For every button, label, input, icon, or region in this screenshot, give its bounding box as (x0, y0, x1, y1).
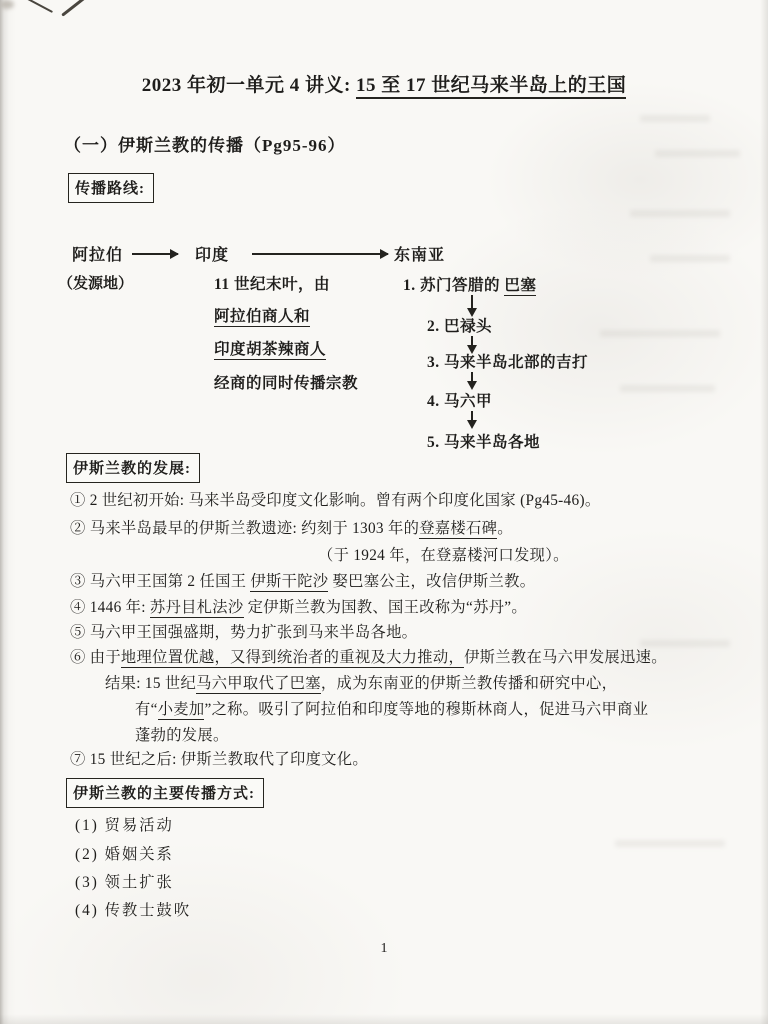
sea-step-3: 3. 马来半岛北部的吉打 (427, 350, 588, 372)
sea-step-1: 1. 苏门答腊的 巴塞 (403, 273, 536, 295)
sea-step-4: 4. 马六甲 (427, 389, 492, 411)
flow-origin-note: （发源地） (58, 272, 133, 293)
pen-mark (25, 0, 53, 13)
development-line-5: ⑤ 马六甲王国强盛期，势力扩张到马来半岛各地。 (70, 620, 417, 642)
development-line-6d: 蓬勃的发展。 (135, 723, 229, 745)
scanned-handout-page: 2023 年初一单元 4 讲义: 15 至 17 世纪马来半岛上的王国 （一）伊… (0, 0, 768, 1024)
bleedthrough-artifact (655, 150, 740, 157)
development-line-1: ① 2 世纪初开始: 马来半岛受印度文化影响。曾有两个印度化国家 (Pg45-4… (70, 488, 600, 510)
page-number: 1 (0, 941, 768, 957)
bleedthrough-artifact (620, 385, 715, 392)
flow-node-arabia: 阿拉伯 (72, 242, 123, 265)
route-box-label: 传播路线: (68, 173, 154, 203)
india-note-line: 印度胡茶辣商人 (214, 337, 326, 359)
page-title: 2023 年初一单元 4 讲义: 15 至 17 世纪马来半岛上的王国 (0, 70, 768, 97)
methods-item-3: (3) 领土扩张 (75, 870, 174, 892)
development-line-6: ⑥ 由于地理位置优越，又得到统治者的重视及大力推动，伊斯兰教在马六甲发展迅速。 (70, 645, 667, 667)
india-note-line: 阿拉伯商人和 (214, 304, 310, 326)
arrow-down-icon (471, 336, 473, 346)
development-line-2: ② 马来半岛最早的伊斯兰教遗迹: 约刻于 1303 年的登嘉楼石碑。 (70, 516, 513, 538)
section-heading: （一）伊斯兰教的传播（Pg95-96） (64, 131, 346, 156)
development-line-6b: 结果: 15 世纪马六甲取代了巴塞，成为东南亚的伊斯兰教传播和研究中心， (105, 671, 617, 693)
development-line-4: ④ 1446 年: 苏丹目札法沙 定伊斯兰教为国教、国王改称为“苏丹”。 (70, 595, 527, 617)
india-note-line: 11 世纪末叶，由 (214, 272, 330, 294)
arrow-down-icon (471, 372, 473, 382)
development-line-7: ⑦ 15 世纪之后: 伊斯兰教取代了印度文化。 (70, 747, 368, 769)
bleedthrough-artifact (615, 840, 725, 847)
bleedthrough-artifact (640, 115, 710, 122)
development-line-3: ③ 马六甲王国第 2 任国王 伊斯干陀沙 娶巴塞公主，改信伊斯兰教。 (70, 569, 535, 591)
methods-item-1: (1) 贸易活动 (75, 813, 174, 835)
development-line-6c: 有“小麦加”之称。吸引了阿拉伯和印度等地的穆斯林商人，促进马六甲商业 (135, 697, 648, 719)
bleedthrough-artifact (600, 330, 720, 337)
page-title-prefix: 2023 年初一单元 4 讲义: (142, 75, 356, 96)
arrow-right-icon (132, 253, 178, 255)
bleedthrough-artifact (630, 210, 730, 217)
methods-box-label: 伊斯兰教的主要传播方式: (66, 778, 264, 808)
bleedthrough-artifact (650, 255, 730, 262)
flow-node-southeast-asia: 东南亚 (394, 242, 445, 265)
methods-item-4: (4) 传教士鼓吹 (75, 898, 191, 920)
pen-smudge (0, 0, 14, 9)
pen-mark (61, 0, 89, 16)
sea-step-2: 2. 巴禄头 (427, 314, 492, 336)
development-box-label: 伊斯兰教的发展: (66, 453, 200, 483)
page-title-underlined: 15 至 17 世纪马来半岛上的王国 (356, 75, 626, 99)
development-line-2b: （于 1924 年，在登嘉楼河口发现）。 (318, 543, 569, 565)
methods-item-2: (2) 婚姻关系 (75, 842, 174, 864)
arrow-down-icon (471, 411, 473, 421)
sea-step-5: 5. 马来半岛各地 (427, 430, 540, 452)
india-note-line: 经商的同时传播宗教 (214, 371, 358, 393)
arrow-right-icon (252, 253, 388, 255)
arrow-down-icon (471, 295, 473, 309)
flow-node-india: 印度 (195, 242, 229, 265)
